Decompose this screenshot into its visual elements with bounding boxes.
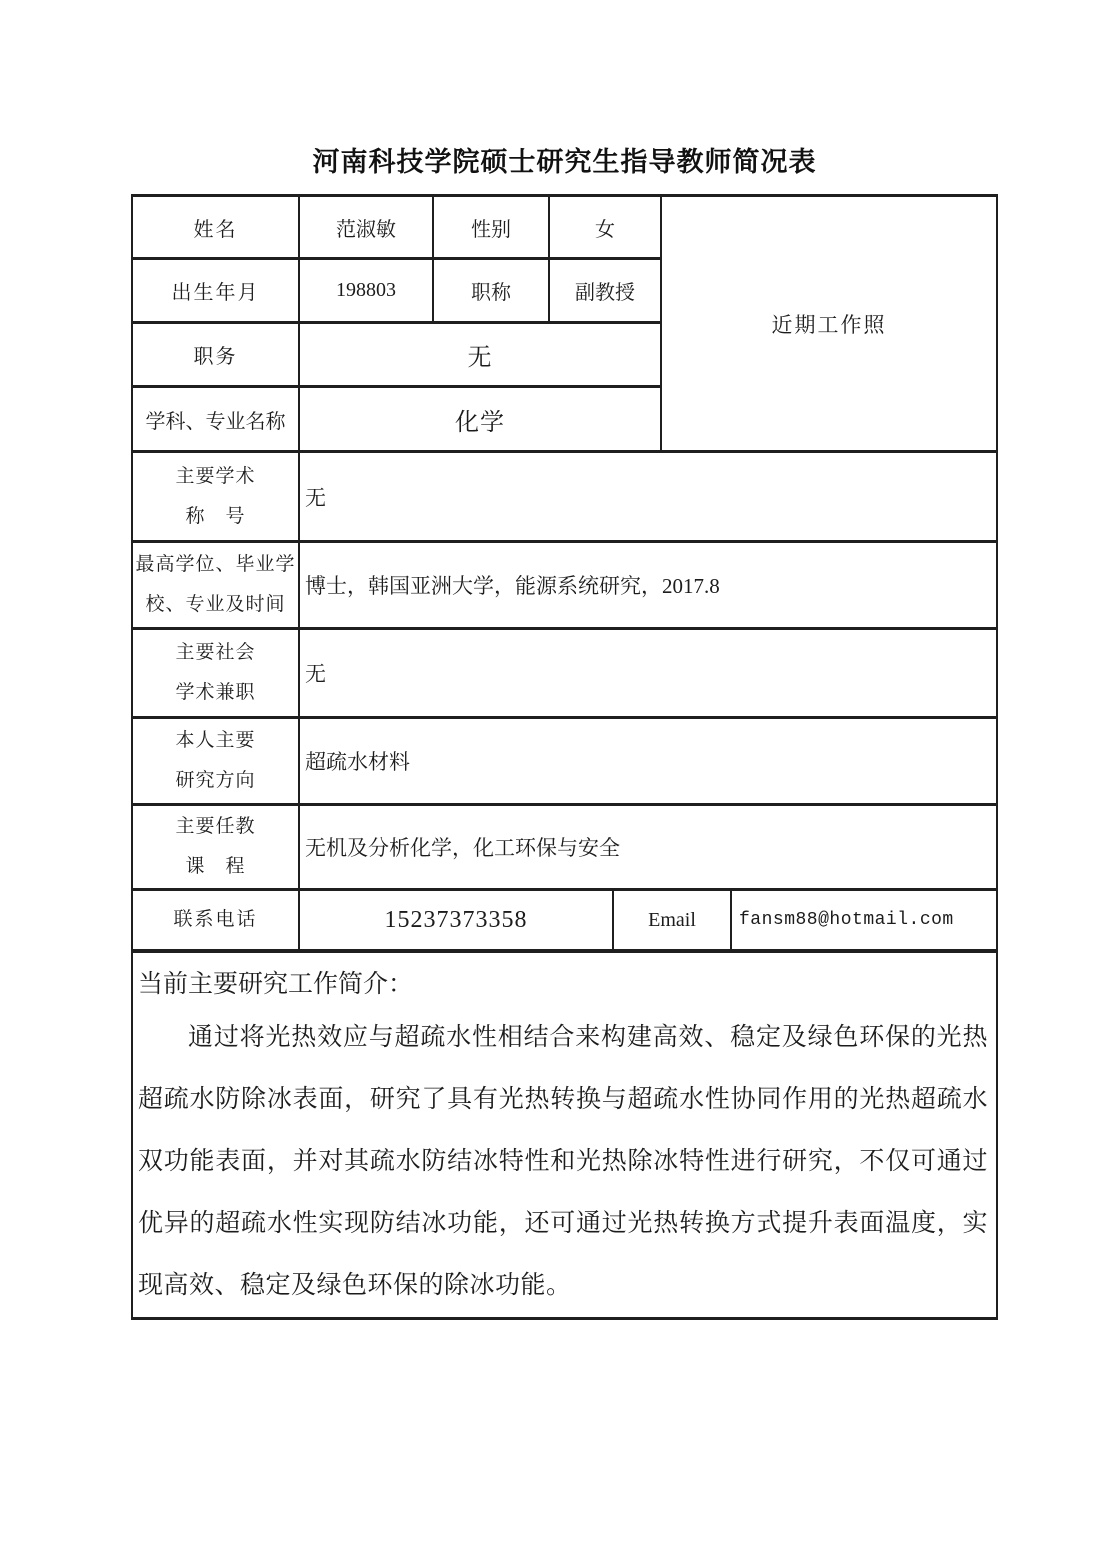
research-intro-section: 当前主要研究工作简介： 通过将光热效应与超疏水性相结合来构建高效、稳定及绿色环保… [133, 953, 996, 1316]
phone-value: 15237373358 [300, 891, 614, 949]
name-label: 姓名 [133, 197, 300, 260]
email-value: fansm88@hotmail.com [732, 891, 996, 949]
research-direction-label: 本人主要 研究方向 [133, 719, 300, 803]
row-academic-title: 主要学术 称 号 无 [133, 453, 996, 543]
prof-title-label: 职称 [434, 260, 550, 324]
table-top-block: 姓名 范淑敏 性别 女 出生年月 198803 职称 副教授 职务 无 学科、专… [133, 197, 996, 453]
research-direction-value: 超疏水材料 [300, 719, 996, 803]
research-intro-paragraph: 通过将光热效应与超疏水性相结合来构建高效、稳定及绿色环保的光热超疏水防除冰表面，… [138, 1007, 988, 1317]
basic-info-grid: 姓名 范淑敏 性别 女 出生年月 198803 职称 副教授 职务 无 学科、专… [133, 197, 662, 450]
form-sheet: 河南科技学院硕士研究生指导教师简况表 姓名 范淑敏 性别 女 出生年月 1988… [131, 146, 998, 1320]
phone-label: 联系电话 [133, 891, 300, 949]
gender-label: 性别 [434, 197, 550, 260]
duty-label: 职务 [133, 324, 300, 388]
page-title: 河南科技学院硕士研究生指导教师简况表 [131, 146, 998, 178]
social-posts-label: 主要社会 学术兼职 [133, 630, 300, 716]
social-posts-value: 无 [300, 630, 996, 716]
courses-value: 无机及分析化学，化工环保与安全 [300, 806, 996, 888]
discipline-label: 学科、专业名称 [133, 388, 300, 450]
degree-label: 最高学位、毕业学 校、专业及时间 [133, 543, 300, 627]
profile-table: 姓名 范淑敏 性别 女 出生年月 198803 职称 副教授 职务 无 学科、专… [131, 194, 998, 1320]
name-value: 范淑敏 [300, 197, 434, 260]
row-contact: 联系电话 15237373358 Email fansm88@hotmail.c… [133, 891, 996, 953]
recent-photo-placeholder: 近期工作照 [662, 197, 996, 450]
degree-value: 博士，韩国亚洲大学，能源系统研究，2017.8 [300, 543, 996, 627]
prof-title-value: 副教授 [550, 260, 662, 324]
gender-value: 女 [550, 197, 662, 260]
row-research-direction: 本人主要 研究方向 超疏水材料 [133, 719, 996, 806]
academic-title-value: 无 [300, 453, 996, 540]
academic-title-label: 主要学术 称 号 [133, 453, 300, 540]
research-intro-heading: 当前主要研究工作简介： [138, 963, 988, 1007]
row-social-posts: 主要社会 学术兼职 无 [133, 630, 996, 719]
discipline-value: 化学 [300, 388, 662, 450]
courses-label: 主要任教 课 程 [133, 806, 300, 888]
duty-value: 无 [300, 324, 662, 388]
email-label: Email [614, 891, 732, 949]
row-courses: 主要任教 课 程 无机及分析化学，化工环保与安全 [133, 806, 996, 891]
row-degree: 最高学位、毕业学 校、专业及时间 博士，韩国亚洲大学，能源系统研究，2017.8 [133, 543, 996, 630]
birth-label: 出生年月 [133, 260, 300, 324]
birth-value: 198803 [300, 260, 434, 324]
